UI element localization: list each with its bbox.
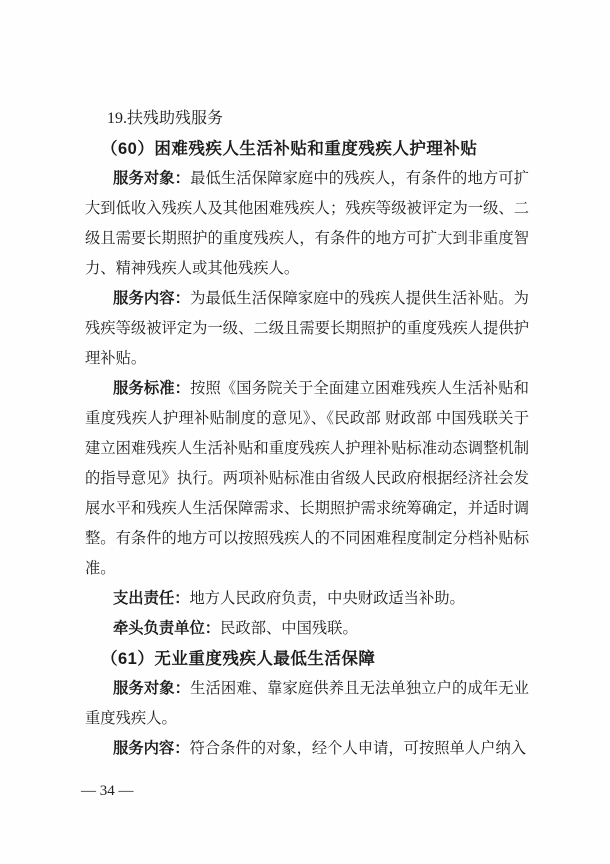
document-page: 19.扶残助残服务 （60）困难残疾人生活补贴和重度残疾人护理补贴 服务对象：最… bbox=[0, 0, 610, 864]
paragraph-service-target-61: 服务对象：生活困难、靠家庭供养且无法单独立户的成年无业重度残疾人。 bbox=[85, 674, 529, 734]
paragraph-label: 支出责任： bbox=[113, 590, 190, 607]
document-body: 19.扶残助残服务 （60）困难残疾人生活补贴和重度残疾人护理补贴 服务对象：最… bbox=[85, 104, 529, 764]
item-61-heading: （61）无业重度残疾人最低生活保障 bbox=[85, 644, 529, 674]
paragraph-lead-unit: 牵头负责单位：民政部、中国残联。 bbox=[85, 614, 529, 644]
paragraph-expenditure-responsibility: 支出责任：地方人民政府负责，中央财政适当补助。 bbox=[85, 584, 529, 614]
paragraph-text: 符合条件的对象，经个人申请，可按照单人户纳入 bbox=[190, 740, 527, 757]
paragraph-label: 服务对象： bbox=[113, 170, 190, 187]
paragraph-text: 民政部、中国残联。 bbox=[220, 620, 358, 637]
paragraph-label: 服务内容： bbox=[113, 740, 190, 757]
section-heading: 19.扶残助残服务 bbox=[85, 104, 529, 134]
paragraph-service-content-61: 服务内容：符合条件的对象，经个人申请，可按照单人户纳入 bbox=[85, 734, 529, 764]
paragraph-label: 服务内容： bbox=[113, 290, 190, 307]
paragraph-text: 地方人民政府负责，中央财政适当补助。 bbox=[190, 590, 465, 607]
paragraph-service-content: 服务内容：为最低生活保障家庭中的残疾人提供生活补贴。为残疾等级被评定为一级、二级… bbox=[85, 284, 529, 374]
page-number: — 34 — bbox=[81, 782, 134, 800]
paragraph-label: 服务对象： bbox=[113, 680, 190, 697]
paragraph-label: 牵头负责单位： bbox=[113, 620, 220, 637]
paragraph-text: 按照《国务院关于全面建立困难残疾人生活补贴和重度残疾人护理补贴制度的意见》、《民… bbox=[85, 380, 529, 577]
paragraph-label: 服务标准： bbox=[113, 380, 190, 397]
paragraph-service-standard: 服务标准：按照《国务院关于全面建立困难残疾人生活补贴和重度残疾人护理补贴制度的意… bbox=[85, 374, 529, 584]
item-60-heading: （60）困难残疾人生活补贴和重度残疾人护理补贴 bbox=[85, 134, 529, 164]
paragraph-service-target: 服务对象：最低生活保障家庭中的残疾人，有条件的地方可扩大到低收入残疾人及其他困难… bbox=[85, 164, 529, 284]
